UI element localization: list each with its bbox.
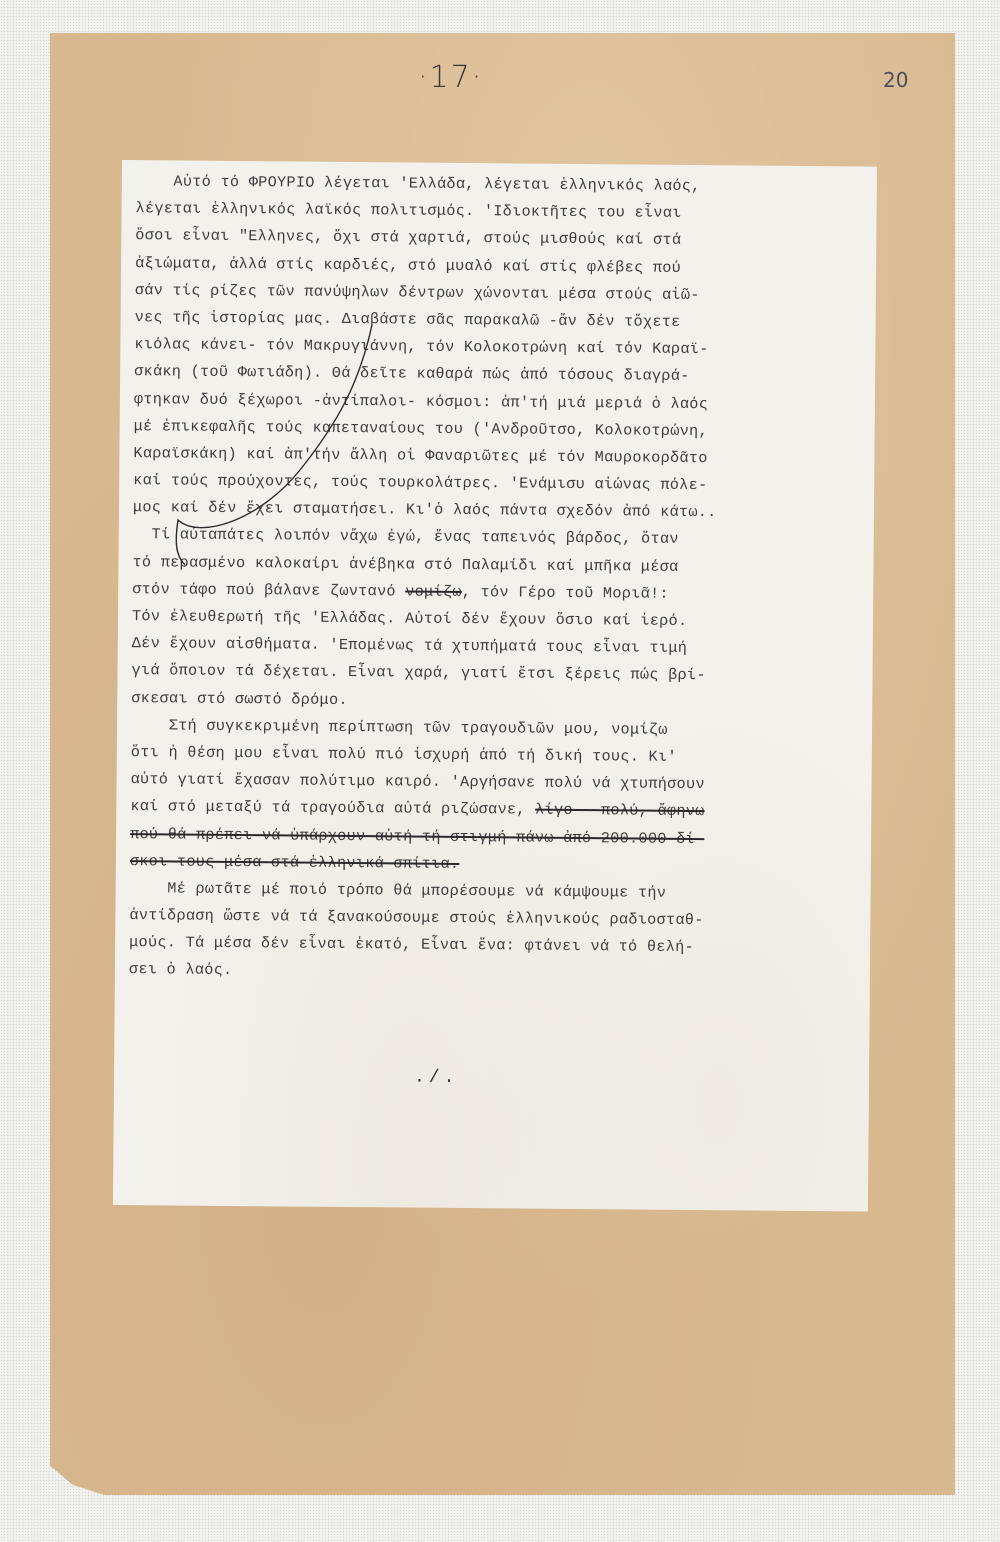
- text-line: σει ὁ λαός.: [129, 957, 869, 991]
- typescript-body: Αὐτό τό ΦΡΟΥΡΙΟ λέγεται 'Ελλάδα, λέγεται…: [129, 168, 876, 990]
- struck-word: νομίζω: [405, 582, 462, 600]
- text-fragment: καί στό μεταξύ τά τραγούδια αὐτά ριζώσαν…: [130, 797, 535, 819]
- typed-sheet: Αὐτό τό ΦΡΟΥΡΙΟ λέγεται 'Ελλάδα, λέγεται…: [113, 160, 877, 1212]
- text-fragment: στόν τάφο πού βάλανε ζωντανό: [132, 580, 405, 600]
- handwritten-folio-number: ·17·: [418, 60, 483, 95]
- struck-phrase: λίγο - πολύ, ἄφηνω: [535, 801, 705, 820]
- stamped-page-number: 20: [883, 68, 908, 92]
- end-of-text-mark: ./.: [414, 1068, 459, 1088]
- text-fragment: , τόν Γέρο τοῦ Μοριᾶ!:: [462, 583, 669, 603]
